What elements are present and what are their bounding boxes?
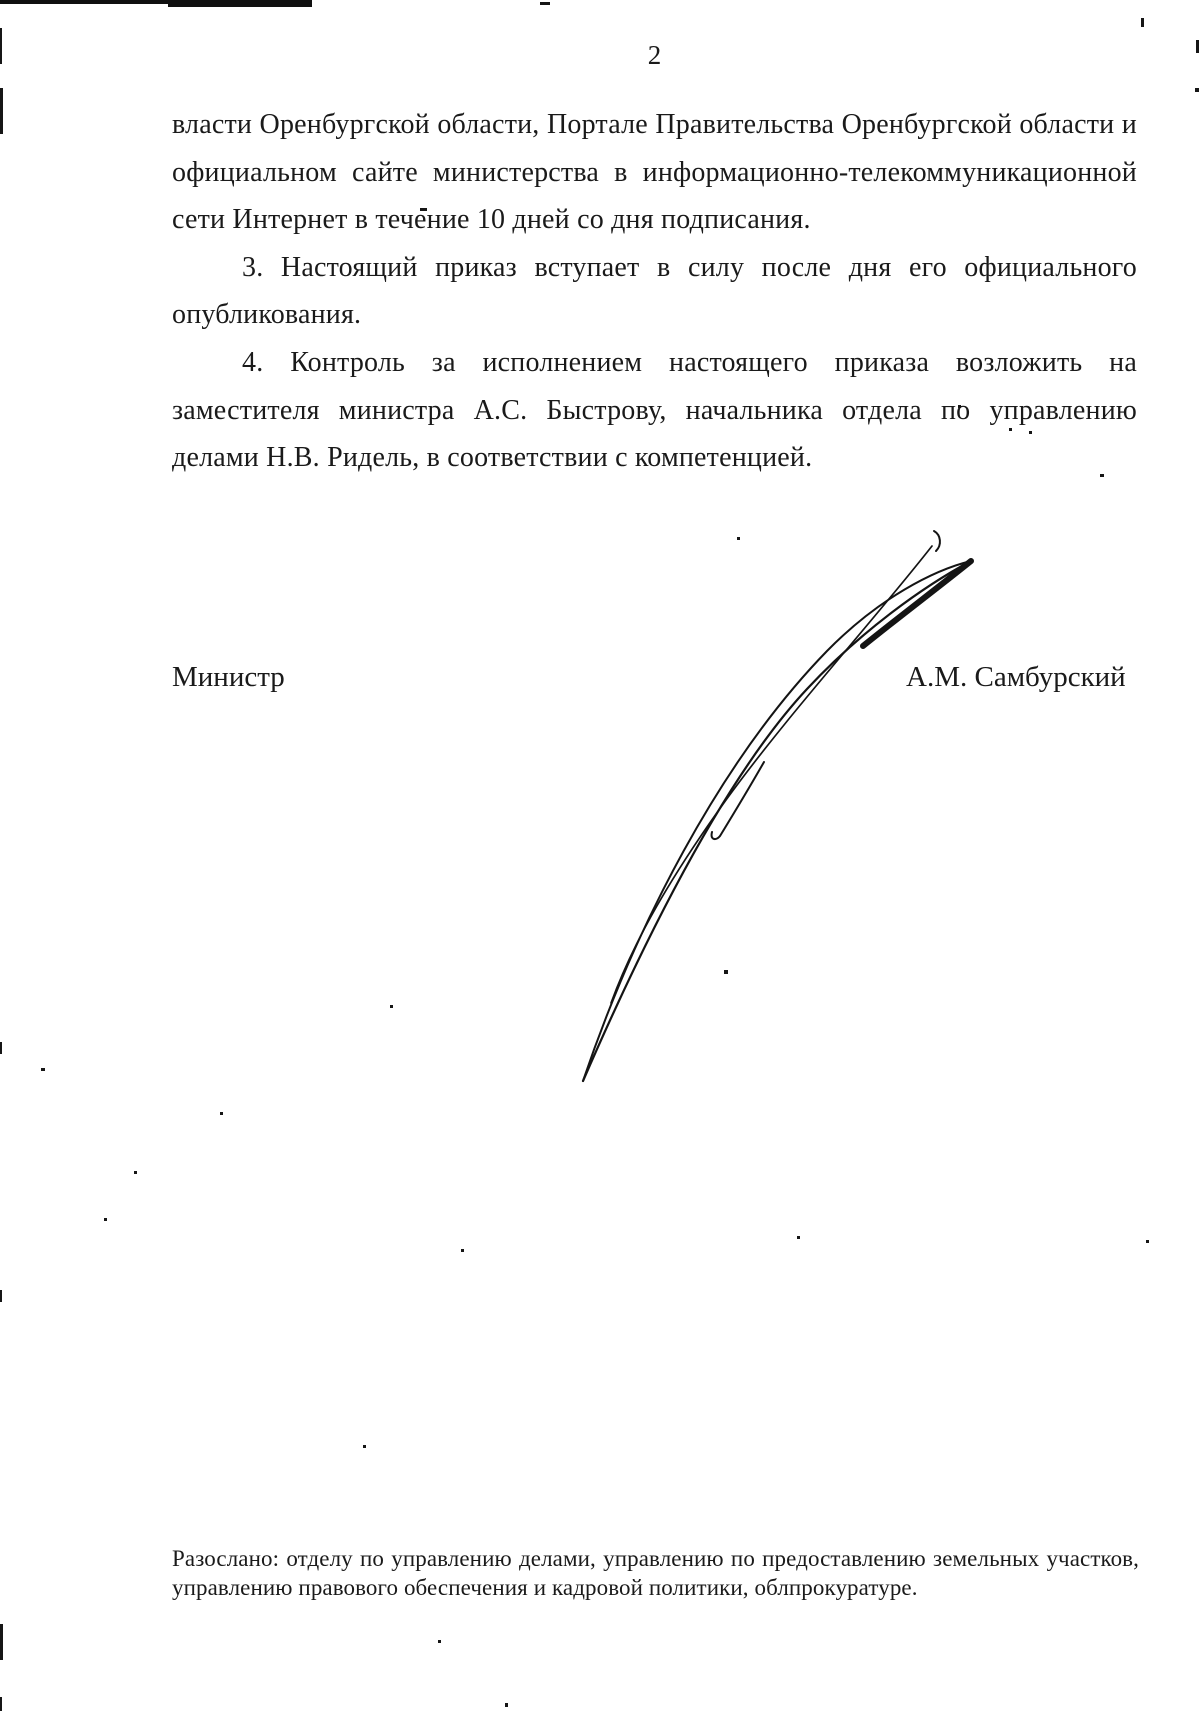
page-number: 2: [172, 40, 1137, 71]
scan-speck: [1195, 88, 1199, 92]
scan-speck: [1029, 431, 1032, 434]
scan-speck: [1196, 40, 1199, 53]
signatory-title: Министр: [172, 661, 285, 694]
scan-speck: [390, 1005, 393, 1008]
signatory-name: А.М. Самбурский: [906, 661, 1126, 694]
scan-speck: [0, 1697, 2, 1711]
scan-speck: [540, 2, 550, 5]
signature-row: Министр А.М. Самбурский: [0, 661, 1200, 701]
scan-speck: [0, 1624, 3, 1660]
scan-speck: [724, 970, 728, 974]
scan-speck: [220, 1112, 223, 1115]
scan-speck: [797, 1236, 800, 1239]
scan-speck: [958, 405, 961, 408]
scan-speck: [1146, 1240, 1149, 1243]
scan-speck: [1009, 428, 1012, 431]
scan-speck: [505, 1703, 508, 1707]
scan-speck: [1141, 18, 1144, 27]
scan-speck: [1100, 474, 1104, 477]
body-line: 3. Настоящий приказ вступает в силу посл…: [172, 244, 1137, 292]
scan-speck: [0, 1042, 2, 1054]
scan-speck: [363, 1445, 366, 1448]
document-body: власти Оренбургской области, Портале Пра…: [172, 101, 1137, 482]
scan-speck: [420, 208, 427, 211]
scan-speck: [104, 1218, 107, 1221]
scan-speck: [41, 1068, 45, 1071]
body-line: власти Оренбургской области, Портале Пра…: [172, 101, 1137, 149]
footer-line: управлению правового обеспечения и кадро…: [172, 1574, 1139, 1603]
scan-speck: [737, 537, 740, 540]
body-line: 4. Контроль за исполнением настоящего пр…: [172, 339, 1137, 387]
body-line: сети Интернет в течение 10 дней со дня п…: [172, 196, 1137, 244]
body-line: официальном сайте министерства в информа…: [172, 149, 1137, 197]
footer-line: Разослано: отделу по управлению делами, …: [172, 1545, 1139, 1574]
scan-edge-mark: [168, 0, 312, 7]
scan-speck: [461, 1249, 464, 1252]
scan-speck: [0, 1290, 2, 1302]
body-line: делами Н.В. Ридель, в соответствии с ком…: [172, 434, 1137, 482]
scan-speck: [0, 28, 2, 64]
scan-speck: [438, 1640, 441, 1643]
scan-speck: [134, 1171, 137, 1174]
distribution-note: Разослано: отделу по управлению делами, …: [172, 1545, 1139, 1602]
body-line: заместителя министра А.С. Быстрову, нача…: [172, 387, 1137, 435]
scan-speck: [0, 88, 3, 134]
scanned-document-page: 2 власти Оренбургской области, Портале П…: [0, 0, 1200, 1711]
body-line: опубликования.: [172, 291, 1137, 339]
